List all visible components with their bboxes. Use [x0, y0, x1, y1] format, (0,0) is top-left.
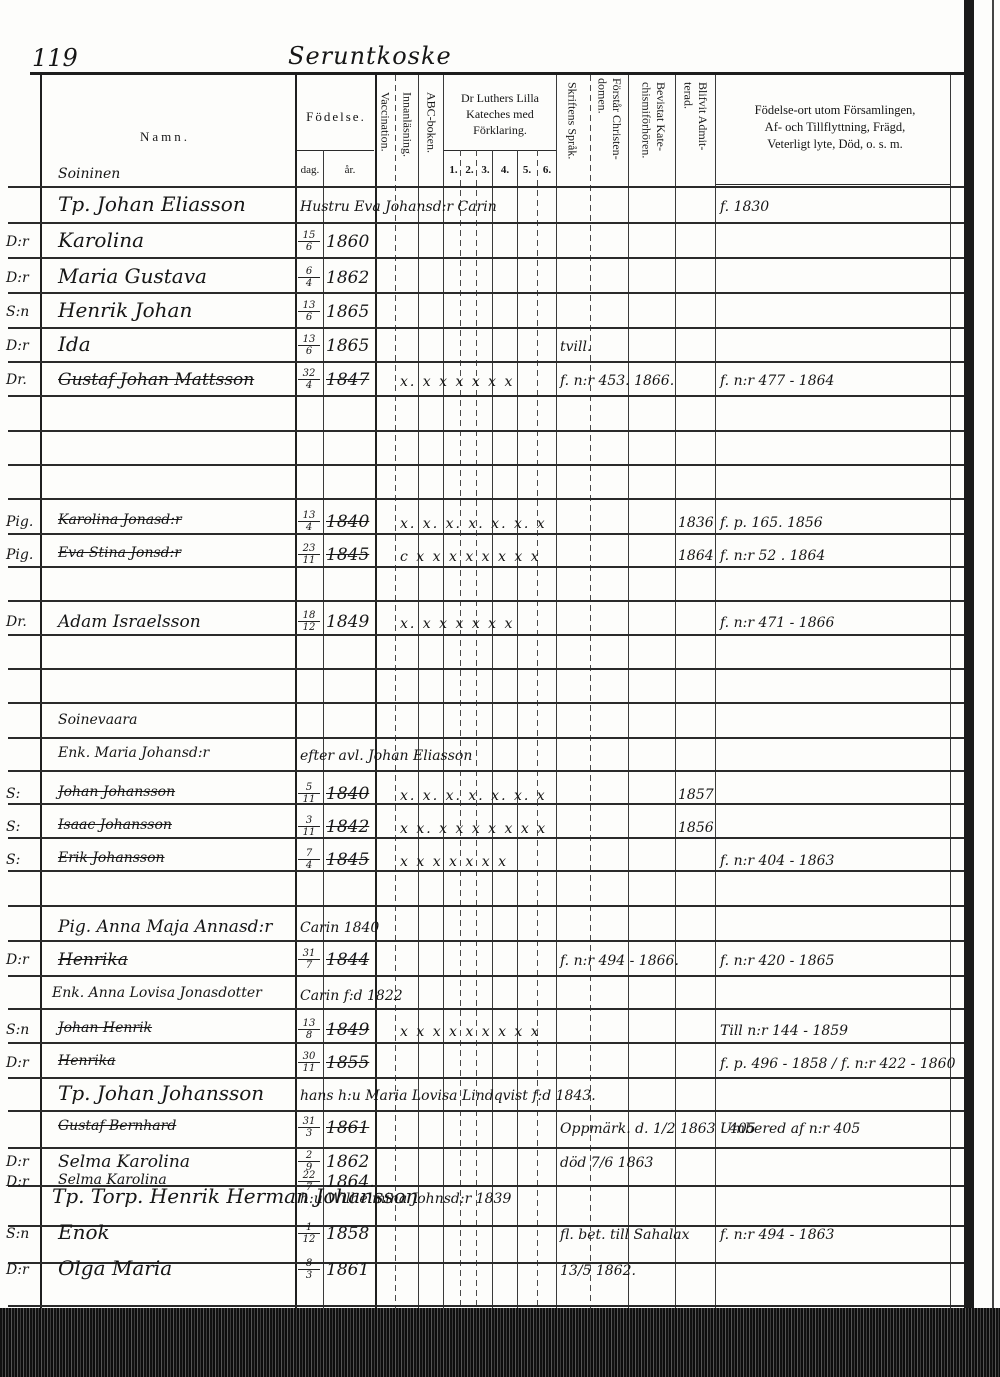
birth-day-month: 64 — [298, 266, 320, 289]
entry-prefix: D:r — [6, 1262, 29, 1278]
col-line-dag — [323, 150, 324, 1310]
birth-day-month: 317 — [298, 948, 320, 971]
row-line — [8, 600, 965, 602]
birth-year: 1842 — [326, 817, 369, 837]
birth-year: 1849 — [326, 612, 369, 632]
row-line — [8, 668, 965, 670]
birth-day-month: 112 — [298, 1222, 320, 1245]
birth-year: 1858 — [326, 1224, 369, 1244]
col-line-abc — [443, 75, 444, 1310]
row-line — [8, 327, 965, 329]
remarks-entry: f. p. 496 - 1858 / f. n:r 422 - 1860 — [720, 1056, 955, 1072]
entry-prefix: S: — [6, 786, 20, 802]
birth-day-month: 136 — [298, 300, 320, 323]
scan-bottom-edge — [0, 1308, 1000, 1377]
entry-prefix: Dr. — [6, 614, 27, 630]
entry-prefix: D:r — [6, 1174, 29, 1190]
remarks-entry: f. n:r 404 - 1863 — [720, 853, 834, 869]
entry-note: tvill. — [560, 339, 591, 355]
row-line — [8, 770, 965, 772]
entry-prefix: D:r — [6, 952, 29, 968]
entry-prefix: D:r — [6, 1154, 29, 1170]
entry-note: död 7/6 1863 — [560, 1155, 653, 1171]
entry-prefix: Pig. — [6, 547, 33, 563]
entry-name: Pig. Anna Maja Annasd:r — [58, 917, 272, 937]
row-line — [8, 1008, 965, 1010]
entry-prefix: S: — [6, 852, 20, 868]
row-line — [8, 702, 965, 704]
row-line — [8, 566, 965, 568]
binding-spine — [964, 0, 974, 1310]
row-line — [8, 1042, 965, 1044]
row-line — [8, 737, 965, 739]
col-line-remarks-right — [950, 75, 951, 1310]
examination-marks: x. x. x. x. x. x. x — [400, 788, 547, 804]
header-luther-part-2: 2. — [462, 163, 477, 178]
examination-marks: x x. x x x x x x x — [400, 821, 547, 837]
birth-year: 1845 — [326, 545, 369, 565]
birth-year: 1862 — [326, 268, 369, 288]
col-line-luther-5 — [537, 150, 538, 1310]
entry-name: Erik Johansson — [58, 850, 165, 866]
birth-year: 1847 — [326, 370, 369, 390]
examination-marks: x x x x x x x x x — [400, 1024, 541, 1040]
entry-name: Gustaf Johan Mattsson — [58, 370, 254, 390]
entry-name: Henrik Johan — [58, 298, 192, 322]
examination-marks: x. x x x x x x — [400, 374, 514, 390]
header-luther-line3: Förklaring. — [444, 122, 556, 138]
row-line — [8, 1147, 965, 1149]
row-line — [8, 222, 965, 224]
header-remarks: Födelse-ort utom Församlingen, Af- och T… — [720, 102, 950, 153]
row-line — [8, 1110, 965, 1112]
entry-name: Tp. Johan Eliasson — [58, 192, 246, 216]
col-line-innanlasning — [418, 75, 419, 1310]
birth-day-month: 1812 — [298, 610, 320, 633]
entry-prefix: S:n — [6, 304, 29, 320]
entry-note: 1856 — [678, 820, 714, 836]
row-line — [8, 257, 965, 259]
header-namn: Namn. — [120, 128, 210, 146]
birth-day-month: 136 — [298, 334, 320, 357]
col-line-left — [40, 75, 42, 1310]
header-luther-part-5: 5. — [518, 163, 536, 178]
examination-marks: x. x x x x x x — [400, 616, 514, 632]
birth-year: 1861 — [326, 1260, 369, 1280]
entry-name: Henrika — [58, 950, 128, 970]
entry-name: Adam Israelsson — [58, 612, 201, 632]
col-line-luther-end — [556, 75, 557, 1310]
row-line — [8, 292, 965, 294]
row-line — [8, 464, 965, 466]
header-remarks-divider — [715, 184, 950, 185]
entry-prefix: S:n — [6, 1022, 29, 1038]
row-line — [8, 498, 965, 500]
header-ar: år. — [330, 163, 370, 178]
examination-marks: c x x x x x x x x — [400, 549, 541, 565]
entry-note: Carin 1840 — [300, 920, 379, 936]
entry-name: Enok — [58, 1220, 110, 1244]
remarks-entry: f. p. 165. 1856 — [720, 515, 823, 531]
birth-year: 1840 — [326, 784, 369, 804]
col-line-luther-1 — [460, 150, 461, 1310]
header-abc-boken: ABC-boken. — [424, 92, 438, 153]
entry-note: h:u Wilhelmina Johnsd:r 1839 — [300, 1191, 511, 1207]
entry-prefix: S:n — [6, 1226, 29, 1242]
entry-prefix: D:r — [6, 338, 29, 354]
top-rule — [30, 72, 965, 75]
col-line-luther-2 — [476, 150, 477, 1310]
birth-year: 1844 — [326, 950, 369, 970]
binding-edge — [992, 0, 994, 1310]
header-fodelse: Födelse. — [298, 108, 374, 126]
header-forstar-christendomen: Förstår Christen-domen. — [596, 78, 624, 188]
remarks-entry: f. n:r 471 - 1866 — [720, 615, 834, 631]
birth-year: 1845 — [326, 850, 369, 870]
remarks-entry: f. n:r 494 - 1863 — [720, 1227, 834, 1243]
birth-day-month: 313 — [298, 1116, 320, 1139]
birth-year: 1865 — [326, 336, 369, 356]
birth-year: 1855 — [326, 1053, 369, 1073]
birth-day-month: 156 — [298, 230, 320, 253]
birth-year: 1849 — [326, 1020, 369, 1040]
parish-heading: Seruntkoske — [288, 42, 452, 70]
entry-note: hans h:u Maria Lovisa Lindqvist f:d 1843… — [300, 1088, 596, 1104]
remarks-entry: f. 1830 — [720, 199, 769, 215]
examination-marks: x. x. x. x. x. x. x — [400, 516, 547, 532]
entry-note: Hustru Eva Johansd:r Carin — [300, 199, 497, 215]
col-line-luther-3 — [492, 150, 493, 1310]
entry-name: Olga Maria — [58, 1256, 172, 1280]
row-line — [8, 395, 965, 397]
remarks-entry: Till n:r 144 - 1859 — [720, 1023, 848, 1039]
birth-year: 1860 — [326, 232, 369, 252]
header-dag: dag. — [296, 163, 324, 178]
entry-name: Tp. Johan Johansson — [58, 1081, 264, 1105]
remarks-entry: f. n:r 52 . 1864 — [720, 548, 825, 564]
birth-day-month: 74 — [298, 848, 320, 871]
entry-name: Henrika — [58, 1053, 116, 1069]
entry-note: 1836 — [678, 515, 714, 531]
entry-name: Eva Stina Jonsd:r — [58, 545, 181, 561]
entry-name: Karolina — [58, 228, 144, 252]
entry-prefix: D:r — [6, 234, 29, 250]
entry-name: Enk. Maria Johansd:r — [58, 745, 209, 761]
row-line — [8, 837, 965, 839]
header-vaccination: Vaccination. — [378, 92, 392, 152]
entry-name: Soinevaara — [58, 712, 137, 728]
entry-note: fl. bet. till Sahalax — [560, 1227, 690, 1243]
entry-note: 13/5 1862. — [560, 1263, 636, 1279]
header-luther-part-6: 6. — [538, 163, 556, 178]
birth-year: 1861 — [326, 1118, 369, 1138]
header-luther: Dr Luthers Lilla Kateches med Förklaring… — [444, 90, 556, 139]
col-line-ar — [375, 75, 377, 1310]
birth-year: 1862 — [326, 1152, 369, 1172]
header-blifvit-admitterad: Blifvit Admit-terad. — [684, 82, 710, 162]
page-number: 119 — [32, 44, 78, 72]
header-bevistat: Bevistat Kate-chismiförhören. — [638, 82, 668, 187]
birth-day-month: 511 — [298, 782, 320, 805]
row-line — [8, 1077, 965, 1079]
header-luther-line1: Dr Luthers Lilla — [444, 90, 556, 106]
entry-name: Johan Henrik — [58, 1020, 152, 1036]
entry-name: Johan Johansson — [58, 784, 175, 800]
birth-day-month: 311 — [298, 815, 320, 838]
entry-note: 1864 — [678, 548, 714, 564]
entry-prefix: Pig. — [6, 514, 33, 530]
entry-prefix: D:r — [6, 1055, 29, 1071]
row-line — [8, 940, 965, 942]
entry-name: Isaac Johansson — [58, 817, 172, 833]
birth-day-month: 2311 — [298, 543, 320, 566]
header-innanlasning: Innanläsning. — [400, 92, 414, 157]
birth-day-month: 3011 — [298, 1051, 320, 1074]
entry-note: f. n:r 494 - 1866. — [560, 953, 679, 969]
entry-name: Maria Gustava — [58, 264, 207, 288]
birth-day-month: 83 — [298, 1258, 320, 1281]
header-luther-part-3: 3. — [478, 163, 493, 178]
row-line — [8, 975, 965, 977]
header-skriftens-sprak: Skriftens Språk. — [565, 82, 579, 159]
col-line-namn — [295, 75, 297, 1310]
register-page: 119 Seruntkoske Namn. Födelse. dag. år. … — [0, 0, 1000, 1377]
entry-note: f. n:r 453. 1866. — [560, 373, 674, 389]
row-line — [8, 634, 965, 636]
row-line — [8, 533, 965, 535]
header-remarks-line2: Af- och Tillflyttning, Frägd, — [720, 119, 950, 136]
entry-prefix: Dr. — [6, 372, 27, 388]
col-line-luther-4 — [517, 150, 518, 1310]
entry-note: 1857 — [678, 787, 714, 803]
header-luther-part-1: 1. — [446, 163, 461, 178]
row-line — [8, 905, 965, 907]
header-luther-part-4: 4. — [496, 163, 514, 178]
header-remarks-line3: Veterligt lyte, Död, o. s. m. — [720, 136, 950, 153]
remarks-entry: Umbered af n:r 405 — [720, 1121, 860, 1137]
row-line — [8, 870, 965, 872]
row-line — [8, 430, 965, 432]
entry-name: Enk. Anna Lovisa Jonasdotter — [52, 985, 262, 1001]
remarks-entry: f. n:r 420 - 1865 — [720, 953, 834, 969]
entry-note: efter avl. Johan Eliasson — [300, 748, 472, 764]
entry-prefix: D:r — [6, 270, 29, 286]
birth-year: 1840 — [326, 512, 369, 532]
entry-prefix: S: — [6, 819, 20, 835]
remarks-entry: f. n:r 477 - 1864 — [720, 373, 834, 389]
entry-name: Soininen — [58, 166, 120, 182]
entry-name: Ida — [58, 332, 91, 356]
header-remarks-line1: Födelse-ort utom Församlingen, — [720, 102, 950, 119]
row-line — [8, 186, 965, 188]
examination-marks: x x x x x x x — [400, 854, 508, 870]
header-luther-line2: Kateches med — [444, 106, 556, 122]
entry-name: Gustaf Bernhard — [58, 1118, 176, 1134]
header-fodelse-divider — [296, 150, 374, 151]
row-line — [8, 361, 965, 363]
entry-note: Carin f:d 1822 — [300, 988, 403, 1004]
birth-year: 1865 — [326, 302, 369, 322]
birth-day-month: 324 — [298, 368, 320, 391]
birth-day-month: 138 — [298, 1018, 320, 1041]
row-line — [8, 1305, 965, 1307]
birth-day-month: 134 — [298, 510, 320, 533]
entry-name: Selma Karolina — [58, 1152, 190, 1172]
entry-name: Karolina Jonasd:r — [58, 512, 182, 528]
col-line-vaccination — [395, 75, 396, 1310]
